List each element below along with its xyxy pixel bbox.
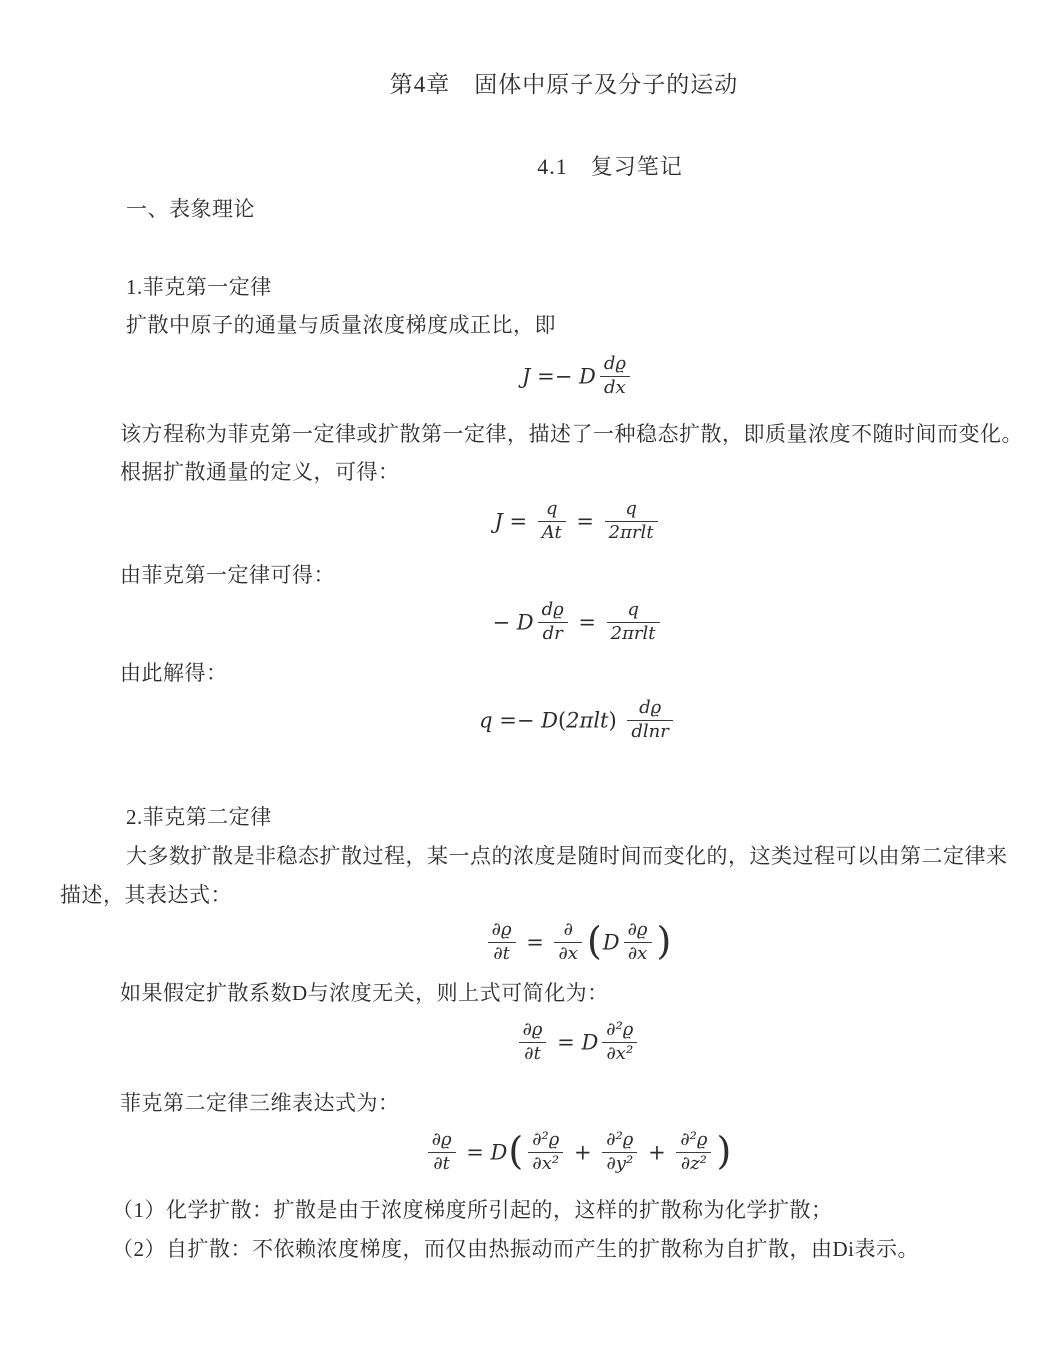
chapter-title: 第4章 固体中原子及分子的运动 (0, 72, 1060, 97)
formula-flux-definition: J = qAt = q2πrlt (96, 497, 1060, 543)
para-fick2-intro-line1: 大多数扩散是非稳态扩散过程，某一点的浓度是随时间而变化的，这类过程可以由第二定律… (126, 845, 1008, 868)
heading-fick-first-law: 1.菲克第一定律 (126, 276, 272, 299)
item-self-diffusion: （2）自扩散：不依赖浓度梯度，而仅由热振动而产生的扩散称为自扩散，由Di表示。 (112, 1238, 919, 1261)
para-fick1-intro: 扩散中原子的通量与质量浓度梯度成正比，即 (126, 314, 556, 337)
formula-fick-first-applied: − Ddϱdr = q2πrlt (96, 598, 1060, 644)
para-steady-state: 该方程称为菲克第一定律或扩散第一定律，描述了一种稳态扩散，即质量浓度不随时间而变… (120, 423, 1023, 446)
para-simplify: 如果假定扩散系数D与浓度无关，则上式可简化为： (120, 982, 609, 1005)
formula-fick-second-simplified: ∂ϱ∂t = D∂²ϱ∂x² (96, 1018, 1060, 1064)
item-chemical-diffusion: （1）化学扩散：扩散是由于浓度梯度所引起的，这样的扩散称为化学扩散； (112, 1199, 833, 1222)
formula-fick-first-law: J =− Ddϱdx (96, 352, 1060, 398)
para-solve: 由此解得： (120, 662, 228, 685)
para-flux-definition: 根据扩散通量的定义，可得： (120, 461, 400, 484)
para-fick2-intro-line2: 描述，其表达式： (60, 884, 232, 907)
document-page: 第4章 固体中原子及分子的运动 4.1 复习笔记 一、表象理论 1.菲克第一定律… (0, 0, 1060, 1371)
formula-fick-second-3d: ∂ϱ∂t = D(∂²ϱ∂x² + ∂²ϱ∂y² + ∂²ϱ∂z²) (96, 1128, 1060, 1174)
para-3d: 菲克第二定律三维表达式为： (120, 1092, 400, 1115)
heading-fick-second-law: 2.菲克第二定律 (126, 806, 272, 829)
section-title: 4.1 复习笔记 (0, 155, 1060, 179)
formula-fick-second-law: ∂ϱ∂t = ∂∂x(D∂ϱ∂x) (96, 918, 1060, 964)
formula-q-solution: q =− D(2πlt) dϱdlnr (96, 696, 1060, 742)
heading-surface-theory: 一、表象理论 (126, 198, 255, 221)
para-from-first-law: 由菲克第一定律可得： (120, 564, 335, 587)
